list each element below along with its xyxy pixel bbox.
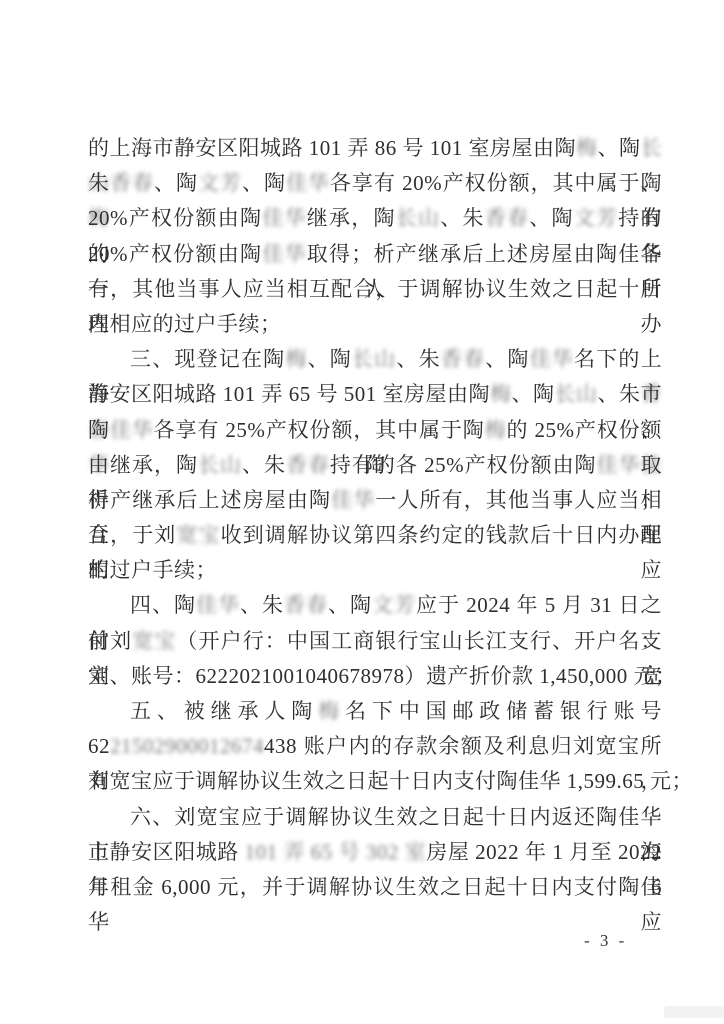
redacted-text: 佳华 — [110, 418, 154, 442]
text-segment: 、陶 — [512, 382, 555, 406]
text-line: 有，其他当事人应当相互配合，于调解协议生效之日起十日内办 — [88, 272, 662, 307]
text-segment: 市静安区阳城路 — [88, 840, 245, 864]
redacted-text: 佳华 — [597, 453, 641, 477]
text-line: 六、刘宽宝应于调解协议生效之日起十日内返还陶佳华上海 — [88, 800, 662, 835]
text-line: 20%产权份额由陶佳华取得；析产继承后上述房屋由陶佳华一人所 — [88, 237, 662, 272]
redacted-text: 梅 — [285, 347, 307, 371]
redacted-text: 佳华 — [196, 593, 240, 617]
redacted-text: 文芳 — [574, 206, 619, 230]
text-segment: 付刘 — [88, 629, 132, 653]
text-segment: 、陶 — [308, 347, 352, 371]
text-line: 月租金 6,000 元，并于调解协议生效之日起十日内支付陶佳华应 — [88, 870, 662, 905]
redacted-text: 文芳 — [198, 171, 242, 195]
text-segment: 、陶 — [598, 136, 641, 160]
text-segment: 、朱 — [240, 593, 284, 617]
redacted-text: 长山 — [396, 206, 441, 230]
document-page: 的上海市静安区阳城路 101 弄 86 号 101 室房屋由陶梅、陶长山、朱香春… — [0, 0, 724, 1024]
redacted-text: 佳华 — [331, 488, 375, 512]
document-body: 的上海市静安区阳城路 101 弄 86 号 101 室房屋由陶梅、陶长山、朱香春… — [88, 131, 662, 905]
redacted-text: 佳华 — [262, 206, 307, 230]
redacted-text: 华 — [88, 453, 110, 477]
text-segment: 刘宽宝应于调解协议生效之日起十日内支付陶佳华 1,599.65 元； — [88, 769, 693, 793]
text-line: 析产继承后上述房屋由陶佳华一人所有，其他当事人应当相互配 — [88, 483, 662, 518]
text-line: 五、被继承人陶梅名下中国邮政储蓄银行账号 — [88, 694, 662, 729]
text-line: 6221502900012674438 账户内的存款余额及利息归刘宽宝所有， — [88, 729, 662, 764]
page-number: - 3 - — [584, 931, 627, 951]
redacted-text: 梅 — [576, 136, 598, 160]
redacted-text: 文芳 — [372, 593, 416, 617]
text-line: 四、陶佳华、朱香春、陶文芳应于 2024 年 5 月 31 日之前支 — [88, 588, 662, 623]
text-segment: 、朱 — [396, 347, 440, 371]
text-segment: 62 — [88, 734, 110, 758]
text-segment: 三、现登记在陶 — [130, 347, 285, 371]
redacted-text: 香春 — [286, 453, 330, 477]
redacted-text: 梅 — [485, 418, 507, 442]
text-segment: 析产继承后上述房屋由陶 — [88, 488, 331, 512]
text-segment: 的过户手续； — [88, 558, 217, 582]
redacted-text: 宽宝 — [132, 629, 176, 653]
redacted-text: 佳华 — [530, 347, 574, 371]
redacted-text: 佳 — [641, 453, 663, 477]
redacted-text: 佳华 — [286, 171, 330, 195]
redacted-text: 香春 — [441, 347, 485, 371]
text-line: 的上海市静安区阳城路 101 弄 86 号 101 室房屋由陶梅、陶长山、 — [88, 131, 662, 166]
redacted-text: 梅 — [88, 206, 641, 230]
text-segment: 持有的各 25%产权份额由陶 — [330, 453, 597, 477]
text-segment: 理相应的过户手续； — [88, 312, 282, 336]
text-segment: 、陶 — [328, 593, 372, 617]
redacted-text: 长山 — [198, 453, 242, 477]
text-line: 宝、账号：6222021001040678978）遗产折价款 1,450,000… — [88, 659, 662, 694]
text-segment: 合，于刘 — [88, 523, 176, 547]
text-line: 合，于刘宽宝收到调解协议第四条约定的钱款后十日内办理相应 — [88, 518, 662, 553]
text-segment: 、陶 — [485, 347, 529, 371]
text-segment: 、朱 — [242, 453, 286, 477]
redacted-text: 长山 — [352, 347, 396, 371]
text-line: 静安区阳城路 101 弄 65 号 501 室房屋由陶梅、陶长山、朱香春、 — [88, 377, 662, 412]
text-line: 华继承，陶长山、朱香春持有的各 25%产权份额由陶佳华取得； — [88, 448, 662, 483]
text-segment: 名下中国邮政储蓄银行账号 — [345, 699, 662, 723]
text-line: 市静安区阳城路 101 弄 65 号 302 室房屋 2022 年 1 月至 2… — [88, 835, 662, 870]
redacted-text: 佳华 — [262, 242, 307, 266]
redacted-text: 香春 — [110, 171, 154, 195]
redacted-text: 21502900012674 — [110, 734, 264, 758]
text-line: 付刘宽宝（开户行：中国工商银行宝山长江支行、开户名：刘宽 — [88, 624, 662, 659]
scan-artifact — [664, 1006, 724, 1018]
text-segment: 五、被继承人陶 — [130, 699, 318, 723]
text-segment: 静安区阳城路 101 弄 65 号 501 室房屋由陶 — [88, 382, 490, 406]
text-line: 三、现登记在陶梅、陶长山、朱香春、陶佳华名下的上海市 — [88, 342, 662, 377]
text-segment: 的上海市静安区阳城路 101 弄 86 号 101 室房屋由陶 — [88, 136, 576, 160]
text-segment: 四、陶 — [130, 593, 196, 617]
text-segment: 继承，陶 — [110, 453, 198, 477]
text-segment: 20%产权份额由陶 — [88, 242, 262, 266]
text-segment: 月租金 6,000 元，并于调解协议生效之日起十日内支付陶佳华应 — [88, 875, 662, 934]
redacted-text: 香春 — [284, 593, 328, 617]
redacted-text: 101 弄 65 号 302 室 — [245, 840, 427, 864]
text-line: 刘宽宝应于调解协议生效之日起十日内支付陶佳华 1,599.65 元； — [88, 764, 662, 799]
redacted-text: 梅 — [490, 382, 512, 406]
redacted-text: 梅 — [318, 699, 345, 723]
text-segment: 、朱 — [598, 382, 641, 406]
redacted-text: 香春 — [485, 206, 530, 230]
redacted-text: 宽宝 — [176, 523, 220, 547]
text-segment: 宝、账号：6222021001040678978）遗产折价款 1,450,000… — [88, 664, 677, 688]
redacted-text: 长山 — [555, 382, 598, 406]
